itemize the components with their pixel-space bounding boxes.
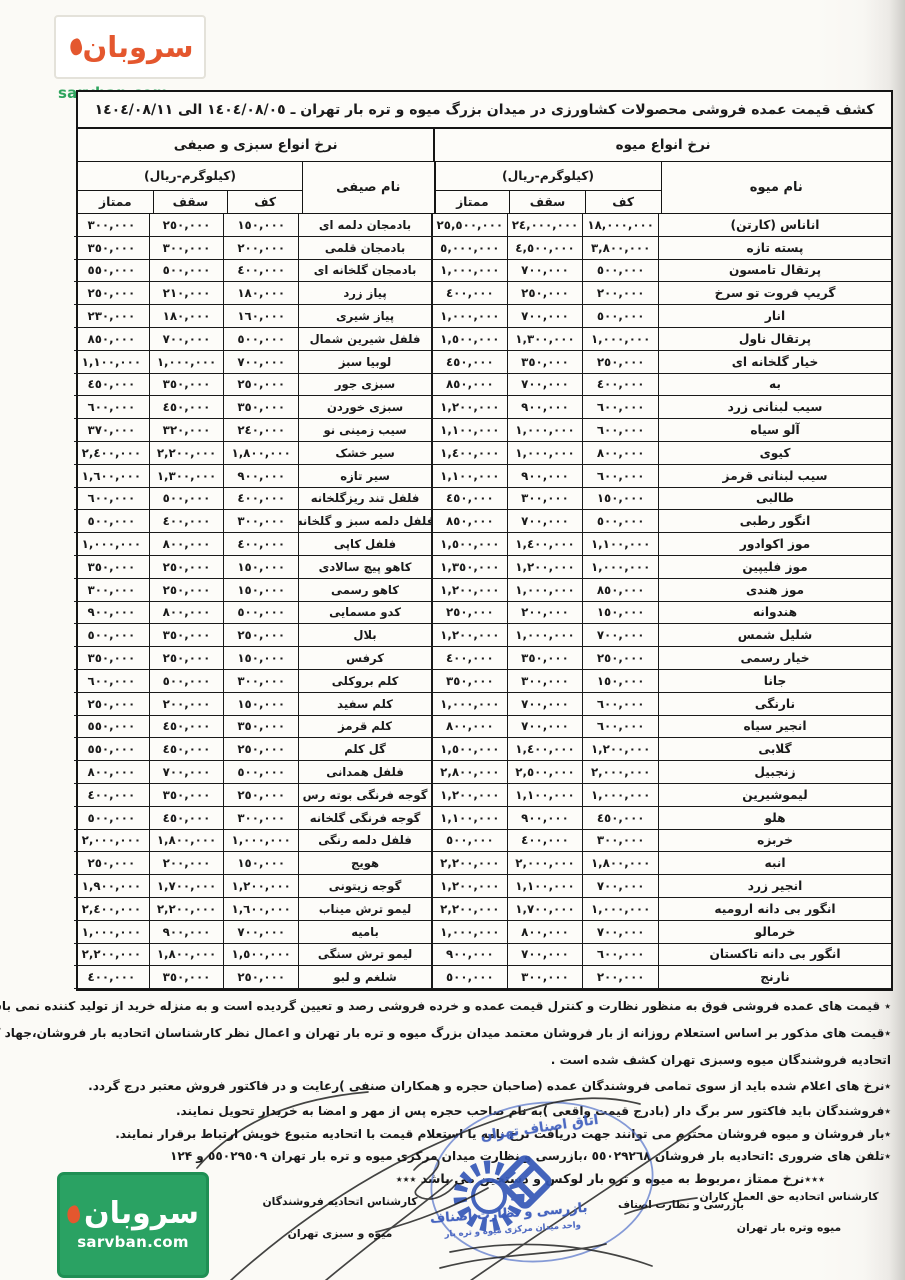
veg-ceiling-price: ٥٠٠,٠٠٠	[149, 670, 224, 693]
veg-ceiling-price: ٥٠٠,٠٠٠	[149, 488, 224, 511]
veg-name-cell: بلال	[298, 624, 431, 647]
fruit-name-cell: هلو	[658, 807, 891, 830]
veg-name-cell: فلفل همدانی	[298, 761, 431, 784]
veg-floor-price: ٤٠٠,٠٠٠	[223, 533, 298, 556]
veg-ceiling-price: ٢٥٠,٠٠٠	[149, 579, 224, 602]
veg-price-headers: (کیلوگرم-ریال) کف سقف ممتاز	[78, 162, 302, 213]
fruit-name-header: نام میوه	[661, 162, 891, 213]
veg-ceiling-price: ٢١٠,٠٠٠	[149, 282, 224, 305]
fruit-ceiling-price: ٢٤,٠٠٠,٠٠٠	[507, 214, 583, 237]
price-table: کشف قیمت عمده فروشی محصولات کشاورزی در م…	[76, 90, 893, 991]
veg-name-cell: فلفل دلمه رنگی	[298, 830, 431, 853]
veg-ceiling-price: ١,٣٠٠,٠٠٠	[149, 465, 224, 488]
fruit-floor-price: ١,٠٠٠,٠٠٠	[582, 556, 658, 579]
fruit-floor-price: ١,١٠٠,٠٠٠	[582, 533, 658, 556]
veg-premium-price: ٥٥٠,٠٠٠	[74, 260, 149, 283]
veg-floor-price: ٣٠٠,٠٠٠	[223, 510, 298, 533]
fruit-ceiling-price: ٣٠٠,٠٠٠	[507, 966, 583, 989]
fruit-premium-price: ٢,٨٠٠,٠٠٠	[431, 761, 507, 784]
veg-ceiling-price: ٨٠٠,٠٠٠	[149, 533, 224, 556]
fruit-name-cell: انگور بی دانه ارومیه	[658, 898, 891, 921]
fruit-name-cell: پرتقال تامسون	[658, 260, 891, 283]
fruit-premium-price: ١,٥٠٠,٠٠٠	[431, 738, 507, 761]
veg-name-cell: گوجه فرنگی بوته رس	[298, 784, 431, 807]
fruit-floor-price: ٧٠٠,٠٠٠	[582, 875, 658, 898]
fruit-floor-header: کف	[585, 191, 661, 213]
veg-ceiling-price: ٤٥٠,٠٠٠	[149, 807, 224, 830]
veg-premium-price: ٣٥٠,٠٠٠	[74, 237, 149, 260]
fruit-ceiling-price: ١,٤٠٠,٠٠٠	[507, 738, 583, 761]
fruit-floor-price: ٦٠٠,٠٠٠	[582, 944, 658, 967]
veg-ceiling-price: ٤٥٠,٠٠٠	[149, 396, 224, 419]
fruit-premium-price: ٥,٠٠٠,٠٠٠	[431, 237, 507, 260]
veg-floor-price: ١,٢٠٠,٠٠٠	[223, 875, 298, 898]
veg-floor-price: ٢٥٠,٠٠٠	[223, 738, 298, 761]
note-line: ٭نرخ های اعلام شده باید از سوی تمامی فرو…	[88, 1079, 891, 1093]
fruit-name-cell: به	[658, 374, 891, 397]
veg-name-cell: بامیه	[298, 921, 431, 944]
veg-name-cell: کرفس	[298, 647, 431, 670]
veg-name-cell: گوجه فرنگی گلخانه	[298, 807, 431, 830]
fruit-name-cell: موز فلیپین	[658, 556, 891, 579]
veg-floor-price: ٣٠٠,٠٠٠	[223, 670, 298, 693]
veg-floor-price: ٣٥٠,٠٠٠	[223, 716, 298, 739]
fruit-name-cell: پرتقال ناول	[658, 328, 891, 351]
veg-floor-price: ١٥٠,٠٠٠	[223, 214, 298, 237]
veg-ceiling-price: ٤٥٠,٠٠٠	[149, 738, 224, 761]
fruit-name-cell: خیار رسمی	[658, 647, 891, 670]
veg-premium-price: ٣٥٠,٠٠٠	[74, 647, 149, 670]
fruit-floor-price: ٤٠٠,٠٠٠	[582, 374, 658, 397]
fruit-ceiling-price: ٢,٠٠٠,٠٠٠	[507, 852, 583, 875]
fruit-premium-price: ١,٠٠٠,٠٠٠	[431, 260, 507, 283]
veg-ceiling-price: ٢٥٠,٠٠٠	[149, 556, 224, 579]
fruit-premium-price: ٤٠٠,٠٠٠	[431, 647, 507, 670]
fruit-name-cell: هندوانه	[658, 602, 891, 625]
fruit-name-cell: نارنج	[658, 966, 891, 989]
veg-premium-price: ٣٧٠,٠٠٠	[74, 419, 149, 442]
veg-premium-price: ٥٠٠,٠٠٠	[74, 624, 149, 647]
brand-domain-bottom: sarvban.com	[77, 1233, 189, 1251]
veg-ceiling-price: ٧٠٠,٠٠٠	[149, 328, 224, 351]
veg-ceiling-price: ٣٥٠,٠٠٠	[149, 374, 224, 397]
fruit-name-cell: کیوی	[658, 442, 891, 465]
fruit-premium-price: ١,٢٠٠,٠٠٠	[431, 875, 507, 898]
fruit-name-cell: شلیل شمس	[658, 624, 891, 647]
veg-premium-price: ٩٠٠,٠٠٠	[74, 602, 149, 625]
fruit-name-cell: گریپ فروت تو سرخ	[658, 282, 891, 305]
fruit-premium-price: ٢,٢٠٠,٠٠٠	[431, 852, 507, 875]
veg-name-cell: کلم بروکلی	[298, 670, 431, 693]
veg-floor-price: ١٥٠,٠٠٠	[223, 852, 298, 875]
veg-floor-price: ٣٠٠,٠٠٠	[223, 807, 298, 830]
fruit-ceiling-price: ١,٠٠٠,٠٠٠	[507, 419, 583, 442]
veg-name-cell: سیر تازه	[298, 465, 431, 488]
expert-left-caption-2: میوه و سبزی تهران	[250, 1227, 430, 1240]
fruit-name-cell: جانا	[658, 670, 891, 693]
veg-floor-price: ٥٠٠,٠٠٠	[223, 761, 298, 784]
veg-premium-price: ٢٥٠,٠٠٠	[74, 693, 149, 716]
fruit-premium-price: ١,٥٠٠,٠٠٠	[431, 328, 507, 351]
veg-premium-price: ١,٠٠٠,٠٠٠	[74, 921, 149, 944]
veg-floor-price: ١,٥٠٠,٠٠٠	[223, 944, 298, 967]
fruit-floor-price: ٦٠٠,٠٠٠	[582, 419, 658, 442]
fruit-premium-price: ٢٥٠,٠٠٠	[431, 602, 507, 625]
fruit-floor-price: ١٥٠,٠٠٠	[582, 488, 658, 511]
veg-floor-price: ٢٠٠,٠٠٠	[223, 237, 298, 260]
fruit-ceiling-price: ١,١٠٠,٠٠٠	[507, 784, 583, 807]
fruit-name-cell: سیب لبنانی زرد	[658, 396, 891, 419]
expert-left-caption-1: کارشناس اتحادیه فروشندگان	[250, 1195, 430, 1208]
fruit-name-cell: انار	[658, 305, 891, 328]
veg-name-cell: کلم سفید	[298, 693, 431, 716]
fruit-unit-label: (کیلوگرم-ریال)	[434, 162, 661, 191]
fruit-ceiling-price: ٣٥٠,٠٠٠	[507, 351, 583, 374]
note-line: ٭قیمت های مذکور بر اساس استعلام روزانه ا…	[0, 1026, 891, 1040]
fruit-floor-price: ١,٨٠٠,٠٠٠	[582, 852, 658, 875]
note-line: ٭تلفن های ضروری :اتحادیه بار فروشان ٥٥٠٢…	[170, 1149, 891, 1163]
fruit-name-cell: موز هندی	[658, 579, 891, 602]
veg-floor-price: ١,٦٠٠,٠٠٠	[223, 898, 298, 921]
veg-ceiling-price: ٤٥٠,٠٠٠	[149, 716, 224, 739]
veg-name-header: نام صیفی	[302, 162, 434, 213]
fruit-floor-price: ٢,٠٠٠,٠٠٠	[582, 761, 658, 784]
fruit-floor-price: ٧٠٠,٠٠٠	[582, 624, 658, 647]
veg-premium-price: ٦٠٠,٠٠٠	[74, 488, 149, 511]
note-line: ٭ قیمت های عمده فروشی فوق به منظور نظارت…	[0, 999, 891, 1013]
fruit-floor-price: ٤٥٠,٠٠٠	[582, 807, 658, 830]
veg-premium-price: ٢٥٠,٠٠٠	[74, 282, 149, 305]
fruit-premium-price: ١,١٠٠,٠٠٠	[431, 807, 507, 830]
fruit-ceiling-price: ٤,٥٠٠,٠٠٠	[507, 237, 583, 260]
fruit-ceiling-header: سقف	[509, 191, 585, 213]
fruit-name-cell: انگور بی دانه تاکستان	[658, 944, 891, 967]
fruit-name-cell: آلو سیاه	[658, 419, 891, 442]
veg-name-cell: کدو مسمایی	[298, 602, 431, 625]
veg-name-cell: پیاز شیری	[298, 305, 431, 328]
veg-premium-price: ٢٣٠,٠٠٠	[74, 305, 149, 328]
scanned-price-bulletin: سروبان sarvban.com کشف قیمت عمده فروشی م…	[0, 0, 905, 1280]
veg-floor-price: ١,٨٠٠,٠٠٠	[223, 442, 298, 465]
fruit-floor-price: ١٨,٠٠٠,٠٠٠	[582, 214, 658, 237]
fruit-floor-price: ١,٠٠٠,٠٠٠	[582, 784, 658, 807]
fruit-premium-price: ٢,٢٠٠,٠٠٠	[431, 898, 507, 921]
veg-premium-price: ٨٠٠,٠٠٠	[74, 761, 149, 784]
veg-ceiling-price: ٨٠٠,٠٠٠	[149, 602, 224, 625]
fruit-ceiling-price: ٢٥٠,٠٠٠	[507, 282, 583, 305]
veg-section-title: نرخ انواع سبزی و صیفی	[78, 129, 433, 162]
veg-floor-price: ٥٠٠,٠٠٠	[223, 328, 298, 351]
fruit-floor-price: ٣٠٠,٠٠٠	[582, 830, 658, 853]
veg-premium-price: ١,٠٠٠,٠٠٠	[74, 533, 149, 556]
veg-ceiling-price: ١٨٠,٠٠٠	[149, 305, 224, 328]
veg-premium-price: ٥٥٠,٠٠٠	[74, 716, 149, 739]
veg-name-cell: هویج	[298, 852, 431, 875]
veg-name-cell: فلفل دلمه سبز و گلخانه	[298, 510, 431, 533]
veg-premium-price: ٨٥٠,٠٠٠	[74, 328, 149, 351]
fruit-premium-price: ٩٠٠,٠٠٠	[431, 944, 507, 967]
fruit-floor-price: ٦٠٠,٠٠٠	[582, 396, 658, 419]
veg-floor-price: ٢٥٠,٠٠٠	[223, 374, 298, 397]
sarvban-logo-top: سروبان	[54, 15, 206, 79]
fruit-ceiling-price: ٧٠٠,٠٠٠	[507, 305, 583, 328]
fruit-premium-price: ١,٠٠٠,٠٠٠	[431, 921, 507, 944]
inspection-caption: بازرسی و نظارت اصناف	[605, 1199, 757, 1211]
veg-name-cell: گل کلم	[298, 738, 431, 761]
fruit-floor-price: ١,٢٠٠,٠٠٠	[582, 738, 658, 761]
fruit-premium-price: ٣٥٠,٠٠٠	[431, 670, 507, 693]
veg-premium-price: ٥٥٠,٠٠٠	[74, 738, 149, 761]
fruit-ceiling-price: ٤٠٠,٠٠٠	[507, 830, 583, 853]
veg-premium-price: ٣٥٠,٠٠٠	[74, 556, 149, 579]
veg-name-cell: کلم قرمز	[298, 716, 431, 739]
veg-name-cell: پیاز زرد	[298, 282, 431, 305]
veg-premium-header: ممتاز	[78, 191, 153, 213]
fruit-ceiling-price: ٧٠٠,٠٠٠	[507, 260, 583, 283]
veg-premium-price: ٤٠٠,٠٠٠	[74, 784, 149, 807]
fruit-name-cell: خرمالو	[658, 921, 891, 944]
veg-ceiling-price: ١,٨٠٠,٠٠٠	[149, 944, 224, 967]
fruit-name-cell: نارنگی	[658, 693, 891, 716]
fruit-ceiling-price: ٣٠٠,٠٠٠	[507, 670, 583, 693]
veg-floor-price: ١٨٠,٠٠٠	[223, 282, 298, 305]
fruit-floor-price: ٢٥٠,٠٠٠	[582, 351, 658, 374]
veg-name-cell: سبزی جور	[298, 374, 431, 397]
fruit-ceiling-price: ١,٤٠٠,٠٠٠	[507, 533, 583, 556]
fruit-ceiling-price: ٧٠٠,٠٠٠	[507, 944, 583, 967]
veg-ceiling-price: ٣٢٠,٠٠٠	[149, 419, 224, 442]
note-line: ٭فروشندگان باید فاکتور سر برگ دار (بادرج…	[176, 1104, 891, 1118]
veg-premium-price: ١,١٠٠,٠٠٠	[74, 351, 149, 374]
fruit-name-cell: طالبی	[658, 488, 891, 511]
veg-ceiling-price: ٤٠٠,٠٠٠	[149, 510, 224, 533]
veg-name-cell: کاهو رسمی	[298, 579, 431, 602]
expert-right-caption-2: میوه وتره بار تهران	[698, 1221, 880, 1234]
document-title: کشف قیمت عمده فروشی محصولات کشاورزی در م…	[78, 92, 891, 129]
veg-name-cell: فلفل شیرین شمال	[298, 328, 431, 351]
veg-premium-price: ٤٥٠,٠٠٠	[74, 374, 149, 397]
veg-floor-price: ٥٠٠,٠٠٠	[223, 602, 298, 625]
fruit-ceiling-price: ٢,٥٠٠,٠٠٠	[507, 761, 583, 784]
fruit-name-cell: انجیر زرد	[658, 875, 891, 898]
fruit-premium-price: ٥٠٠,٠٠٠	[431, 966, 507, 989]
fruit-premium-price: ١,٢٠٠,٠٠٠	[431, 579, 507, 602]
fruit-premium-price: ١,٥٠٠,٠٠٠	[431, 533, 507, 556]
veg-floor-price: ٢٥٠,٠٠٠	[223, 784, 298, 807]
veg-name-cell: بادمجان قلمی	[298, 237, 431, 260]
fruit-section-title: نرخ انواع میوه	[433, 129, 891, 162]
fruit-ceiling-price: ١,٠٠٠,٠٠٠	[507, 579, 583, 602]
veg-floor-price: ٧٠٠,٠٠٠	[223, 921, 298, 944]
fruit-ceiling-price: ١,٢٠٠,٠٠٠	[507, 556, 583, 579]
fruit-floor-price: ٦٠٠,٠٠٠	[582, 716, 658, 739]
fruit-premium-price: ١,٢٠٠,٠٠٠	[431, 396, 507, 419]
fruit-ceiling-price: ٧٠٠,٠٠٠	[507, 693, 583, 716]
fruit-premium-price: ٤٥٠,٠٠٠	[431, 351, 507, 374]
fruit-premium-price: ٨٠٠,٠٠٠	[431, 716, 507, 739]
brand-wordmark: سروبان	[82, 33, 193, 62]
veg-premium-price: ٢,٤٠٠,٠٠٠	[74, 898, 149, 921]
veg-ceiling-price: ٢,٢٠٠,٠٠٠	[149, 442, 224, 465]
veg-name-cell: لوبیا سبز	[298, 351, 431, 374]
veg-premium-price: ٣٠٠,٠٠٠	[74, 214, 149, 237]
fruit-ceiling-price: ١,١٠٠,٠٠٠	[507, 875, 583, 898]
veg-premium-price: ١,٩٠٠,٠٠٠	[74, 875, 149, 898]
veg-name-cell: لیمو ترش میناب	[298, 898, 431, 921]
veg-premium-price: ٢,٢٠٠,٠٠٠	[74, 944, 149, 967]
fruit-ceiling-price: ٣٥٠,٠٠٠	[507, 647, 583, 670]
veg-ceiling-price: ٣٥٠,٠٠٠	[149, 966, 224, 989]
column-header-row: نام میوه (کیلوگرم-ریال) کف سقف ممتاز نام…	[78, 162, 891, 214]
veg-premium-price: ٦٠٠,٠٠٠	[74, 396, 149, 419]
section-header-row: نرخ انواع میوه نرخ انواع سبزی و صیفی	[78, 129, 891, 162]
fruit-name-cell: انبه	[658, 852, 891, 875]
veg-name-cell: سیر خشک	[298, 442, 431, 465]
veg-name-cell: لیمو ترش سنگی	[298, 944, 431, 967]
fruit-premium-price: ١,٢٠٠,٠٠٠	[431, 624, 507, 647]
fruit-premium-price: ١,٠٠٠,٠٠٠	[431, 693, 507, 716]
veg-name-cell: شلغم و لبو	[298, 966, 431, 989]
veg-floor-price: ١٥٠,٠٠٠	[223, 647, 298, 670]
fruit-name-cell: موز اکوادور	[658, 533, 891, 556]
veg-ceiling-price: ١,٨٠٠,٠٠٠	[149, 830, 224, 853]
fruit-premium-price: ٤٠٠,٠٠٠	[431, 282, 507, 305]
veg-floor-header: کف	[227, 191, 302, 213]
fruit-name-cell: سیب لبنانی قرمز	[658, 465, 891, 488]
veg-ceiling-price: ٩٠٠,٠٠٠	[149, 921, 224, 944]
fruit-ceiling-price: ١,٠٠٠,٠٠٠	[507, 624, 583, 647]
fruit-floor-price: ١,٠٠٠,٠٠٠	[582, 328, 658, 351]
veg-ceiling-price: ٥٠٠,٠٠٠	[149, 260, 224, 283]
veg-name-cell: فلفل تند ریزگلخانه	[298, 488, 431, 511]
fruit-premium-price: ١,١٠٠,٠٠٠	[431, 465, 507, 488]
premium-note-line: ٭٭٭نرخ ممتاز ،مربوط به میوه و تره بار لو…	[396, 1171, 825, 1186]
veg-floor-price: ٢٥٠,٠٠٠	[223, 966, 298, 989]
fruit-floor-price: ٢٥٠,٠٠٠	[582, 647, 658, 670]
fruit-ceiling-price: ٩٠٠,٠٠٠	[507, 807, 583, 830]
veg-ceiling-price: ٢٥٠,٠٠٠	[149, 647, 224, 670]
fruit-premium-price: ٨٥٠,٠٠٠	[431, 374, 507, 397]
fruit-name-cell: زنجبیل	[658, 761, 891, 784]
veg-name-cell: کاهو پیچ سالادی	[298, 556, 431, 579]
veg-ceiling-price: ٣٥٠,٠٠٠	[149, 624, 224, 647]
fruit-floor-price: ١,٠٠٠,٠٠٠	[582, 898, 658, 921]
veg-floor-price: ٩٠٠,٠٠٠	[223, 465, 298, 488]
veg-ceiling-price: ٣٠٠,٠٠٠	[149, 237, 224, 260]
veg-ceiling-price: ٧٠٠,٠٠٠	[149, 761, 224, 784]
inspection-square-stamp: بازرسی و نظارت اصناف واحد میدان مرکزی می…	[435, 1201, 589, 1240]
fruit-name-cell: انگور رطبی	[658, 510, 891, 533]
veg-premium-price: ٢,٠٠٠,٠٠٠	[74, 830, 149, 853]
veg-floor-price: ١,٠٠٠,٠٠٠	[223, 830, 298, 853]
fruit-floor-price: ٦٠٠,٠٠٠	[582, 693, 658, 716]
fruit-floor-price: ٨٠٠,٠٠٠	[582, 442, 658, 465]
veg-premium-price: ٢٥٠,٠٠٠	[74, 852, 149, 875]
fruit-ceiling-price: ٩٠٠,٠٠٠	[507, 396, 583, 419]
fruit-name-cell: لیموشیرین	[658, 784, 891, 807]
veg-name-cell: سیب زمینی نو	[298, 419, 431, 442]
fruit-floor-price: ٢٠٠,٠٠٠	[582, 282, 658, 305]
veg-premium-price: ١,٦٠٠,٠٠٠	[74, 465, 149, 488]
fruit-floor-price: ٣,٨٠٠,٠٠٠	[582, 237, 658, 260]
fruit-price-headers: (کیلوگرم-ریال) کف سقف ممتاز	[434, 162, 661, 213]
veg-floor-price: ٤٠٠,٠٠٠	[223, 260, 298, 283]
veg-name-cell: سبزی خوردن	[298, 396, 431, 419]
fruit-floor-price: ٨٥٠,٠٠٠	[582, 579, 658, 602]
veg-name-cell: گوجه زیتونی	[298, 875, 431, 898]
fruit-name-cell: انجیر سیاه	[658, 716, 891, 739]
veg-ceiling-header: سقف	[153, 191, 228, 213]
fruit-name-cell: خربزه	[658, 830, 891, 853]
fruit-name-cell: گلابی	[658, 738, 891, 761]
fruit-premium-price: ٢٥,٥٠٠,٠٠٠	[431, 214, 507, 237]
veg-premium-price: ٢,٤٠٠,٠٠٠	[74, 442, 149, 465]
fruit-premium-price: ٤٥٠,٠٠٠	[431, 488, 507, 511]
price-grid: اناناس (کارتن) ١٨,٠٠٠,٠٠٠ ٢٤,٠٠٠,٠٠٠ ٢٥,…	[78, 214, 891, 989]
brand-wordmark: سروبان	[84, 1199, 199, 1229]
fruit-floor-price: ٧٠٠,٠٠٠	[582, 921, 658, 944]
veg-floor-price: ٧٠٠,٠٠٠	[223, 351, 298, 374]
veg-ceiling-price: ٢٠٠,٠٠٠	[149, 693, 224, 716]
fruit-ceiling-price: ١,٠٠٠,٠٠٠	[507, 442, 583, 465]
veg-floor-price: ١٦٠,٠٠٠	[223, 305, 298, 328]
veg-ceiling-price: ٣٥٠,٠٠٠	[149, 784, 224, 807]
fruit-ceiling-price: ٧٠٠,٠٠٠	[507, 374, 583, 397]
veg-name-cell: بادمجان گلخانه ای	[298, 260, 431, 283]
fruit-premium-header: ممتاز	[434, 191, 510, 213]
fruit-ceiling-price: ١,٧٠٠,٠٠٠	[507, 898, 583, 921]
fruit-floor-price: ١٥٠,٠٠٠	[582, 602, 658, 625]
veg-floor-price: ٢٤٠,٠٠٠	[223, 419, 298, 442]
fruit-ceiling-price: ٩٠٠,٠٠٠	[507, 465, 583, 488]
fruit-ceiling-price: ٧٠٠,٠٠٠	[507, 510, 583, 533]
fruit-premium-price: ١,٣٥٠,٠٠٠	[431, 556, 507, 579]
veg-floor-price: ١٥٠,٠٠٠	[223, 556, 298, 579]
fruit-floor-price: ٥٠٠,٠٠٠	[582, 260, 658, 283]
veg-premium-price: ٥٠٠,٠٠٠	[74, 510, 149, 533]
veg-premium-price: ٤٠٠,٠٠٠	[74, 966, 149, 989]
fruit-premium-price: ١,١٠٠,٠٠٠	[431, 419, 507, 442]
fruit-name-cell: پسته تازه	[658, 237, 891, 260]
fruit-name-cell: اناناس (کارتن)	[658, 214, 891, 237]
sarvban-logo-bottom: سروبان sarvban.com	[57, 1172, 209, 1278]
fruit-premium-price: ١,٢٠٠,٠٠٠	[431, 784, 507, 807]
veg-name-cell: بادمجان دلمه ای	[298, 214, 431, 237]
fruit-floor-price: ١٥٠,٠٠٠	[582, 670, 658, 693]
veg-ceiling-price: ٢٠٠,٠٠٠	[149, 852, 224, 875]
leaf-icon	[65, 1204, 83, 1224]
veg-ceiling-price: ٢٥٠,٠٠٠	[149, 214, 224, 237]
note-line: اتحادیه فروشندگان میوه وسبزی تهران کشف ش…	[551, 1053, 891, 1067]
veg-premium-price: ٣٠٠,٠٠٠	[74, 579, 149, 602]
veg-unit-label: (کیلوگرم-ریال)	[78, 162, 302, 191]
veg-floor-price: ٣٥٠,٠٠٠	[223, 396, 298, 419]
veg-floor-price: ٤٠٠,٠٠٠	[223, 488, 298, 511]
veg-name-cell: فلفل کاپی	[298, 533, 431, 556]
fruit-premium-price: ٥٠٠,٠٠٠	[431, 830, 507, 853]
fruit-floor-price: ٦٠٠,٠٠٠	[582, 465, 658, 488]
veg-floor-price: ١٥٠,٠٠٠	[223, 579, 298, 602]
fruit-floor-price: ٢٠٠,٠٠٠	[582, 966, 658, 989]
fruit-premium-price: ١,٤٠٠,٠٠٠	[431, 442, 507, 465]
veg-ceiling-price: ٢,٢٠٠,٠٠٠	[149, 898, 224, 921]
fruit-premium-price: ١,٠٠٠,٠٠٠	[431, 305, 507, 328]
fruit-name-cell: خیار گلخانه ای	[658, 351, 891, 374]
fruit-floor-price: ٥٠٠,٠٠٠	[582, 305, 658, 328]
veg-ceiling-price: ١,٠٠٠,٠٠٠	[149, 351, 224, 374]
fruit-floor-price: ٥٠٠,٠٠٠	[582, 510, 658, 533]
fruit-ceiling-price: ٨٠٠,٠٠٠	[507, 921, 583, 944]
